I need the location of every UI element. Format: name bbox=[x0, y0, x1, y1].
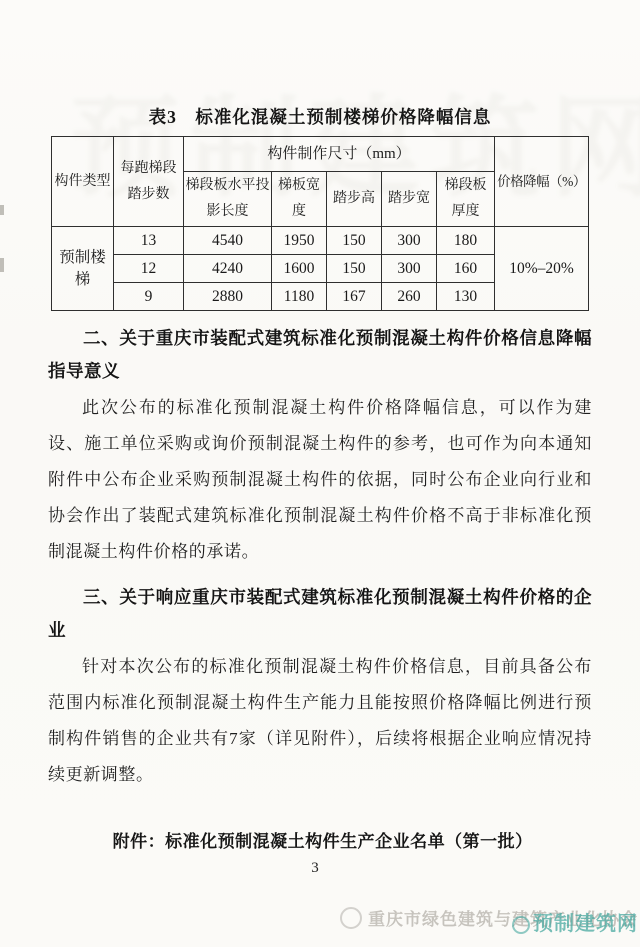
footer-watermarks: 重庆市绿色建筑与建筑产业化协会 预制建筑网 bbox=[340, 905, 640, 945]
cell-step-height: 150 bbox=[326, 255, 381, 283]
section-3-paragraph: 针对本次公布的标准化预制混凝土构件价格信息，目前具备公布范围内标准化预制混凝土构… bbox=[48, 649, 592, 793]
cell-step-width: 300 bbox=[381, 227, 436, 255]
cell-length: 4240 bbox=[183, 255, 271, 283]
header-component-type: 构件类型 bbox=[51, 137, 113, 227]
cell-length: 4540 bbox=[183, 227, 271, 255]
section-2-heading: 二、关于重庆市装配式建筑标准化预制混凝土构件价格信息降幅指导意义 bbox=[48, 322, 592, 388]
section-2: 二、关于重庆市装配式建筑标准化预制混凝土构件价格信息降幅指导意义 此次公布的标准… bbox=[48, 322, 592, 570]
table-title: 表3 标准化混凝土预制楼梯价格降幅信息 bbox=[48, 104, 592, 129]
section-2-paragraph: 此次公布的标准化预制混凝土构件价格降幅信息，可以作为建设、施工单位采购或询价预制… bbox=[48, 390, 592, 570]
precast-network-logo-icon bbox=[512, 916, 530, 934]
cell-width: 1600 bbox=[271, 255, 326, 283]
cell-width: 1950 bbox=[271, 227, 326, 255]
header-step-width: 踏步宽 bbox=[381, 172, 436, 227]
cell-component-type: 预制楼梯 bbox=[51, 227, 113, 311]
cell-width: 1180 bbox=[271, 283, 326, 311]
cell-step-height: 167 bbox=[326, 283, 381, 311]
header-steps-per-flight: 每跑梯段踏步数 bbox=[113, 137, 183, 227]
scan-artifact bbox=[0, 258, 4, 272]
header-price-reduction: 价格降幅（%） bbox=[495, 137, 589, 227]
cell-thickness: 130 bbox=[436, 283, 494, 311]
association-logo-icon bbox=[340, 907, 362, 929]
cell-thickness: 160 bbox=[436, 255, 494, 283]
cell-step-height: 150 bbox=[326, 227, 381, 255]
cell-step-width: 260 bbox=[381, 283, 436, 311]
attachment-line: 附件：标准化预制混凝土构件生产企业名单（第一批） bbox=[48, 827, 592, 852]
scan-artifact bbox=[0, 205, 4, 215]
cell-thickness: 180 bbox=[436, 227, 494, 255]
header-step-height: 踏步高 bbox=[326, 172, 381, 227]
section-3-heading: 三、关于响应重庆市装配式建筑标准化预制混凝土构件价格的企业 bbox=[48, 581, 592, 647]
price-table: 构件类型 每跑梯段踏步数 构件制作尺寸（mm） 价格降幅（%） 梯段板水平投影长… bbox=[51, 136, 589, 311]
header-slab-width: 梯板宽度 bbox=[271, 172, 326, 227]
cell-length: 2880 bbox=[183, 283, 271, 311]
cell-step-width: 300 bbox=[381, 255, 436, 283]
cell-price-reduction: 10%–20% bbox=[495, 227, 589, 311]
section-3: 三、关于响应重庆市装配式建筑标准化预制混凝土构件价格的企业 针对本次公布的标准化… bbox=[48, 581, 592, 793]
cell-steps: 13 bbox=[113, 227, 183, 255]
header-slab-thickness: 梯段板厚度 bbox=[436, 172, 494, 227]
precast-network-watermark: 预制建筑网 bbox=[512, 907, 638, 936]
header-dimensions-group: 构件制作尺寸（mm） bbox=[183, 137, 494, 172]
cell-steps: 9 bbox=[113, 283, 183, 311]
cell-steps: 12 bbox=[113, 255, 183, 283]
page-number: 3 bbox=[0, 860, 630, 877]
precast-network-text: 预制建筑网 bbox=[533, 913, 638, 935]
document-page: 预制建筑网 表3 标准化混凝土预制楼梯价格降幅信息 构件类型 每跑梯段踏步数 构… bbox=[0, 0, 640, 947]
header-projection-length: 梯段板水平投影长度 bbox=[183, 172, 271, 227]
